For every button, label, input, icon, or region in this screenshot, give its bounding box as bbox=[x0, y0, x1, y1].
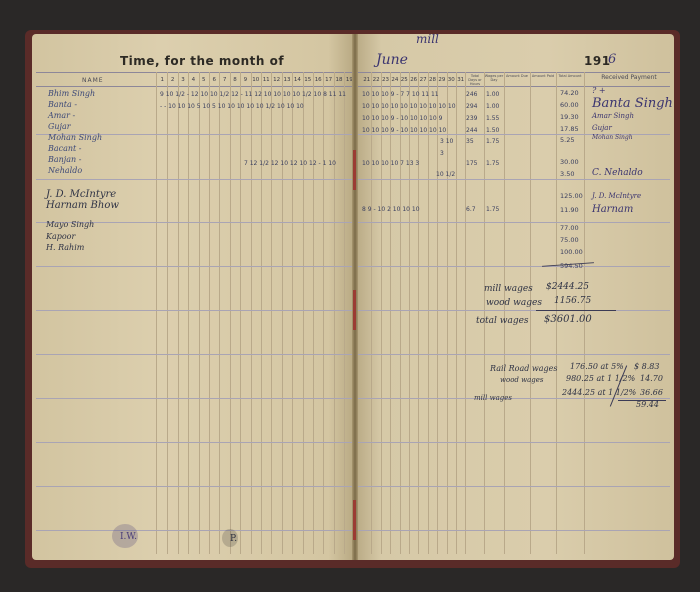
received-payment-signature: Mohan Singh bbox=[592, 134, 633, 141]
total-days-value: 175 bbox=[466, 160, 477, 167]
total-amount-value: 3.50 bbox=[560, 170, 574, 178]
day-header: 23 bbox=[381, 77, 390, 83]
day-header: 27 bbox=[418, 77, 427, 83]
column-rule bbox=[282, 72, 283, 554]
row-rule bbox=[356, 310, 670, 311]
mill-wages-label: mill wages bbox=[484, 284, 533, 294]
column-rule bbox=[334, 72, 335, 554]
employee-name: J. D. McIntyre bbox=[46, 189, 116, 200]
column-rule bbox=[437, 72, 438, 554]
column-rule bbox=[230, 72, 231, 554]
day-header: 29 bbox=[437, 77, 446, 83]
column-rule bbox=[344, 72, 345, 554]
column-header: Total Amount bbox=[556, 75, 584, 79]
day-header: 2 bbox=[167, 77, 177, 83]
employee-name: Mayo Singh bbox=[46, 220, 94, 229]
column-rule bbox=[584, 72, 585, 554]
day-entry-row: 10 10 10 10 10 10 10 10 10 10 bbox=[362, 103, 456, 110]
day-header: 22 bbox=[371, 77, 380, 83]
total-days-value: 6.7 bbox=[466, 206, 476, 213]
column-header: Amount Paid bbox=[530, 75, 556, 79]
column-rule bbox=[209, 72, 210, 554]
wage-per-day-value: 1.00 bbox=[486, 103, 499, 110]
column-rule bbox=[504, 72, 505, 554]
column-rule bbox=[400, 72, 401, 554]
wood-wages-rate-value: 980.25 at 1 1/2% bbox=[566, 374, 635, 383]
column-rule bbox=[188, 72, 189, 554]
employee-name: Kapoor bbox=[46, 232, 75, 241]
mill-wages-rate-value: 2444.25 at 1 1/2% bbox=[562, 388, 636, 397]
day-header: 14 bbox=[292, 77, 302, 83]
total-days-value: 35 bbox=[466, 138, 474, 145]
day-entries-row-nehaldo: 7 12 1/2 12 10 12 10 12 - 1 10 bbox=[244, 160, 336, 167]
column-rule bbox=[409, 72, 410, 554]
total-amount-value: 5.25 bbox=[560, 136, 574, 144]
employee-name: Gujar bbox=[48, 122, 71, 131]
employee-name: Bhim Singh bbox=[48, 89, 95, 98]
day-header: 7 bbox=[219, 77, 229, 83]
rail-road-wages-label: Rail Road wages bbox=[490, 364, 558, 373]
total-days-value: 244 bbox=[466, 127, 477, 134]
received-payment-signature: Banta Singh bbox=[592, 96, 673, 111]
binding-thread bbox=[353, 290, 356, 330]
mill-wages-value: $2444.25 bbox=[546, 282, 589, 292]
binding-thread bbox=[353, 150, 356, 190]
column-rule bbox=[418, 72, 419, 554]
row-rule bbox=[356, 179, 670, 180]
total-amount-value: 75.00 bbox=[560, 236, 579, 244]
wage-per-day-value: 1.75 bbox=[486, 138, 499, 145]
received-payment-signature: J. D. McIntyre bbox=[592, 192, 641, 200]
year-printed: 191 bbox=[584, 54, 611, 68]
row-rule bbox=[36, 266, 354, 267]
month-entry: June bbox=[376, 52, 408, 68]
day-header: 9 bbox=[240, 77, 250, 83]
received-payment-signature: Harnam bbox=[592, 204, 633, 215]
total-amount-value: 11.90 bbox=[560, 206, 579, 214]
column-header: Total Days or Hours bbox=[466, 75, 484, 87]
column-rule bbox=[178, 72, 179, 554]
ink-stain bbox=[112, 524, 138, 548]
day-header: 25 bbox=[400, 77, 409, 83]
column-rule bbox=[456, 72, 457, 554]
day-entry-row: 3 bbox=[440, 150, 444, 157]
day-header: 8 bbox=[230, 77, 240, 83]
wage-per-day-value: 1.75 bbox=[486, 206, 499, 213]
column-rule bbox=[219, 72, 220, 554]
header-bottom-rule bbox=[356, 86, 670, 87]
total-wages-label: total wages bbox=[476, 316, 529, 326]
row-rule bbox=[356, 354, 670, 355]
column-rule bbox=[303, 72, 304, 554]
year-handwritten: 6 bbox=[608, 52, 616, 67]
summary-underline bbox=[536, 310, 616, 311]
employee-name: Bacant - bbox=[48, 144, 82, 153]
column-rule bbox=[251, 72, 252, 554]
row-rule bbox=[36, 442, 354, 443]
mill-wages-result: 36.66 bbox=[640, 388, 663, 397]
column-rule bbox=[240, 72, 241, 554]
day-header: 26 bbox=[409, 77, 418, 83]
right-page: mill June 191 6 2122232425262728293031 T… bbox=[356, 34, 674, 560]
employee-name: Mohan Singh bbox=[48, 133, 102, 142]
day-entry-row: 10 10 10 10 7 13 3 bbox=[362, 160, 419, 167]
row-rule bbox=[36, 530, 354, 531]
day-header: 13 bbox=[282, 77, 292, 83]
day-entry-row: 10 10 10 9 - 10 10 10 10 9 bbox=[362, 115, 442, 122]
column-rule bbox=[484, 72, 485, 554]
column-rule bbox=[156, 72, 157, 554]
mill-wages-rate-label: mill wages bbox=[474, 394, 512, 402]
day-header: 5 bbox=[199, 77, 209, 83]
total-amount-value: 100.00 bbox=[560, 248, 583, 256]
row-rule bbox=[36, 310, 354, 311]
column-rule bbox=[323, 72, 324, 554]
row-rule bbox=[356, 398, 670, 399]
employee-name: Banta - bbox=[48, 100, 77, 109]
rail-road-wages-value: 176.50 at 5% bbox=[570, 362, 624, 371]
page-title: Time, for the month of bbox=[120, 54, 284, 68]
total-amount-value: 30.00 bbox=[560, 158, 579, 166]
column-rule bbox=[292, 72, 293, 554]
day-header: 10 bbox=[251, 77, 261, 83]
total-days-value: 239 bbox=[466, 115, 477, 122]
total-amount-value: 74.20 bbox=[560, 89, 579, 97]
day-header: 3 bbox=[178, 77, 188, 83]
day-header: 31 bbox=[456, 77, 465, 83]
day-header: 1 bbox=[157, 77, 167, 83]
total-amount-value: 60.00 bbox=[560, 101, 579, 109]
mill-note: mill bbox=[416, 34, 439, 46]
header-top-rule bbox=[36, 72, 354, 73]
wood-wages-rate-label: wood wages bbox=[500, 376, 544, 384]
received-payment-signature: C. Nehaldo bbox=[592, 168, 643, 178]
header-bottom-rule bbox=[36, 86, 354, 87]
header-top-rule bbox=[356, 72, 670, 73]
employee-name: Banjan - bbox=[48, 155, 81, 164]
row-rule bbox=[36, 179, 354, 180]
total-amount-value: 19.30 bbox=[560, 113, 579, 121]
day-header: 17 bbox=[323, 77, 333, 83]
day-header: 12 bbox=[271, 77, 281, 83]
row-rule bbox=[356, 222, 670, 223]
row-rule bbox=[356, 442, 670, 443]
column-rule bbox=[390, 72, 391, 554]
column-rule bbox=[371, 72, 372, 554]
day-header: 18 bbox=[334, 77, 344, 83]
day-header: 21 bbox=[362, 77, 371, 83]
row-rule bbox=[36, 398, 354, 399]
day-header: 28 bbox=[428, 77, 437, 83]
day-entries-row-2: - - 10 10 10 5 10 5 10 10 10 10 10 1/2 1… bbox=[160, 103, 304, 110]
wage-per-day-value: 1.50 bbox=[486, 127, 499, 134]
day-header: 24 bbox=[390, 77, 399, 83]
day-entries-row-1: 9 10 1/2 - 12 10 10 1/2 12 - 11 12 10 10… bbox=[160, 91, 346, 98]
ink-blot bbox=[222, 529, 238, 547]
total-amount-value: 17.85 bbox=[560, 125, 579, 133]
wood-wages-label: wood wages bbox=[486, 298, 542, 308]
column-rule bbox=[261, 72, 262, 554]
rail-road-result: $ 8.83 bbox=[634, 362, 659, 371]
name-column-header: NAME bbox=[82, 77, 104, 84]
column-rule bbox=[271, 72, 272, 554]
row-rule bbox=[36, 486, 354, 487]
column-rule bbox=[199, 72, 200, 554]
day-entry-row: 8 9 - 10 2 10 10 10 bbox=[362, 206, 420, 213]
day-header: 15 bbox=[303, 77, 313, 83]
wage-per-day-value: 1.75 bbox=[486, 160, 499, 167]
employee-name: Harnam Bhow bbox=[46, 200, 119, 211]
column-rule bbox=[556, 72, 557, 554]
day-header: 11 bbox=[261, 77, 271, 83]
employee-name: Nehaldo bbox=[48, 166, 82, 175]
wood-wages-value: 1156.75 bbox=[554, 296, 591, 306]
day-header: 30 bbox=[447, 77, 456, 83]
column-header: Wages per Day bbox=[484, 75, 504, 83]
column-header: Amount Due bbox=[504, 75, 530, 79]
day-entry-row: 10 10 10 9 - 7 7 10 11 11 bbox=[362, 91, 439, 98]
row-rule bbox=[356, 266, 670, 267]
day-header: 16 bbox=[313, 77, 323, 83]
day-header: 6 bbox=[209, 77, 219, 83]
column-header: Received Payment bbox=[584, 75, 674, 82]
wage-per-day-value: 1.55 bbox=[486, 115, 499, 122]
total-amount-value: 125.00 bbox=[560, 192, 583, 200]
column-rule bbox=[167, 72, 168, 554]
total-days-value: 294 bbox=[466, 103, 477, 110]
row-rule bbox=[36, 354, 354, 355]
received-payment-signature: Amar Singh bbox=[592, 112, 634, 120]
day-entry-row: 10 10 10 9 - 10 10 10 10 10 bbox=[362, 127, 446, 134]
wood-wages-result: 14.70 bbox=[640, 374, 663, 383]
total-days-value: 246 bbox=[466, 91, 477, 98]
binding-thread bbox=[353, 500, 356, 540]
column-rule bbox=[381, 72, 382, 554]
day-entry-row: 3 10 bbox=[440, 138, 453, 145]
employee-name: H. Rahim bbox=[46, 243, 84, 252]
left-page: Time, for the month of NAME 123456789101… bbox=[32, 34, 354, 560]
day-header: 4 bbox=[188, 77, 198, 83]
total-wages-value: $3601.00 bbox=[544, 314, 592, 325]
received-payment-signature: ? + bbox=[592, 86, 606, 95]
row-rule bbox=[356, 530, 670, 531]
total-amount-value: 77.00 bbox=[560, 224, 579, 232]
column-rule bbox=[428, 72, 429, 554]
employee-name: Amar - bbox=[48, 111, 75, 120]
received-payment-signature: Gujar bbox=[592, 124, 612, 132]
row-rule bbox=[356, 486, 670, 487]
column-rule bbox=[530, 72, 531, 554]
day-entry-row: 10 1/2 bbox=[436, 171, 455, 178]
column-rule bbox=[313, 72, 314, 554]
wage-per-day-value: 1.00 bbox=[486, 91, 499, 98]
rate-sum-result: 59.44 bbox=[636, 400, 659, 409]
